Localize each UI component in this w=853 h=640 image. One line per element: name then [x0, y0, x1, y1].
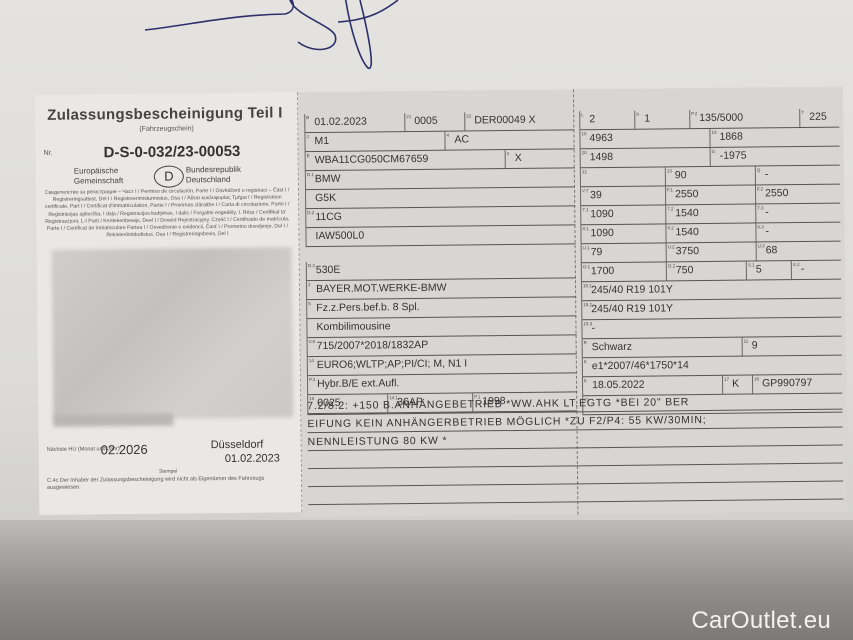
certificate-title: Zulassungsbescheinigung Teil I — [47, 104, 283, 123]
field-D2-variant: 11CG — [315, 211, 342, 223]
ruled-line — [308, 481, 843, 488]
eu-label-line2: Gemeinschaft — [74, 176, 123, 187]
field-15-3: - — [591, 322, 595, 334]
field-P3-fuel: Hybr.B/E ext.Aufl. — [317, 377, 399, 390]
field-U1: 79 — [591, 246, 603, 258]
field-grid: B01.02.2023 210005 22DER00049 X JM1 4AC … — [304, 109, 839, 115]
field-17: K — [732, 378, 739, 390]
ownership-disclaimer: C.4c Der Inhaber der Zulassungsbescheini… — [47, 475, 287, 492]
eu-label: Europäische Gemeinschaft — [74, 166, 124, 187]
field-20-height: 1498 — [590, 151, 613, 163]
field-7-2: 1540 — [675, 207, 698, 219]
field-J: M1 — [314, 135, 329, 147]
field-7-3: - — [765, 206, 769, 218]
field-11: 9 — [752, 339, 758, 351]
remark-line: NENNLEISTUNG 80 KW * — [308, 435, 448, 448]
field-D2-type: G5K — [315, 192, 336, 204]
field-21: 0005 — [414, 115, 437, 127]
document-number: D-S-0-032/23-00053 — [104, 143, 241, 161]
registration-certificate: Zulassungsbescheinigung Teil I (Fahrzeug… — [35, 87, 847, 520]
country-label-line2: Deutschland — [186, 175, 241, 186]
country-label: Bundesrepublik Deutschland — [186, 165, 241, 186]
field-4: AC — [454, 133, 469, 145]
redacted-owner-info — [52, 247, 294, 420]
field-F2: 2550 — [765, 187, 788, 199]
field-T-speed: 225 — [809, 111, 827, 123]
field-G-mass: -1975 — [720, 150, 747, 162]
certificate-subtitle: (Fahrzeugschein) — [139, 125, 194, 133]
field-B: 01.02.2023 — [314, 116, 367, 129]
number-label: Nr. — [44, 150, 53, 157]
redacted-address — [53, 414, 173, 427]
multilingual-title-text: Свидетелство за регистрация – Част I / P… — [44, 187, 291, 240]
field-O2: 750 — [676, 264, 694, 276]
field-5-class: Fz.z.Pers.bef.b. 8 Spl. — [316, 301, 419, 314]
field-8-2: 1540 — [675, 226, 698, 238]
field-S1-seats: 5 — [756, 263, 762, 275]
field-F1: 2550 — [675, 188, 698, 200]
field-8-1: 1090 — [590, 227, 613, 239]
ruled-line — [308, 463, 843, 470]
country-code-oval: D — [154, 165, 184, 187]
field-P2-P4-power: 135/5000 — [699, 112, 743, 124]
next-inspection-date: 02.2026 — [101, 442, 148, 457]
eu-label-line1: Europäische — [74, 166, 123, 177]
field-R-color: Schwarz — [592, 341, 632, 353]
field-V7: 39 — [590, 189, 602, 201]
handwritten-signature-icon — [130, 0, 430, 80]
certificate-cover-panel: Zulassungsbescheinigung Teil I (Fahrzeug… — [35, 92, 302, 515]
field-15-2-tyres: 245/40 R19 101Y — [591, 302, 673, 315]
field-D1-make: BMW — [315, 173, 341, 185]
issue-city: Düsseldorf — [211, 439, 264, 452]
field-row: IAW500L0 — [305, 225, 575, 247]
carOutlet-watermark: CarOutlet.eu — [691, 607, 831, 635]
field-L-axles: 2 — [589, 113, 595, 125]
field-D2-version: IAW500L0 — [315, 230, 364, 243]
country-label-line1: Bundesrepublik — [186, 165, 241, 176]
field-O1: 1700 — [591, 265, 614, 277]
field-14-emission-class: EURO6;WLTP;AP;PI/CI; M, N1 I — [317, 357, 467, 371]
field-18-length: 4963 — [589, 132, 612, 144]
field-22: DER00049 X — [474, 114, 535, 127]
field-16: GP990797 — [762, 377, 812, 390]
stamp-label: Stempel — [159, 469, 177, 475]
field-8-3: - — [765, 225, 769, 237]
field-E-vin: WBA11CG050CM67659 — [315, 153, 429, 166]
vehicle-data-panel: B01.02.2023 210005 22DER00049 X JM1 4AC … — [298, 87, 847, 518]
field-K-type-approval: e1*2007/46*1750*14 — [592, 359, 689, 372]
ruled-line — [308, 499, 843, 506]
field-7-1: 1090 — [590, 208, 613, 220]
field-2-manufacturer: BAYER.MOT.WERKE-BMW — [316, 282, 447, 295]
field-13: 90 — [675, 169, 687, 181]
field-9: 1 — [644, 113, 650, 125]
field-U3: 68 — [766, 244, 778, 256]
field-V9-emission-reg: 715/2007*2018/1832AP — [317, 339, 429, 352]
field-Q: - — [765, 168, 769, 180]
field-15-1-tyres: 245/40 R19 101Y — [591, 283, 673, 296]
issue-date: 01.02.2023 — [225, 452, 280, 465]
field-U2: 3750 — [676, 245, 699, 257]
field-19-width: 1868 — [719, 131, 742, 143]
field-S2: - — [801, 263, 805, 275]
field-D3-model: 530E — [316, 264, 341, 276]
field-3: X — [515, 152, 522, 164]
field-5-body: Kombilimousine — [316, 320, 390, 333]
field-6-date: 18.05.2022 — [592, 379, 645, 392]
